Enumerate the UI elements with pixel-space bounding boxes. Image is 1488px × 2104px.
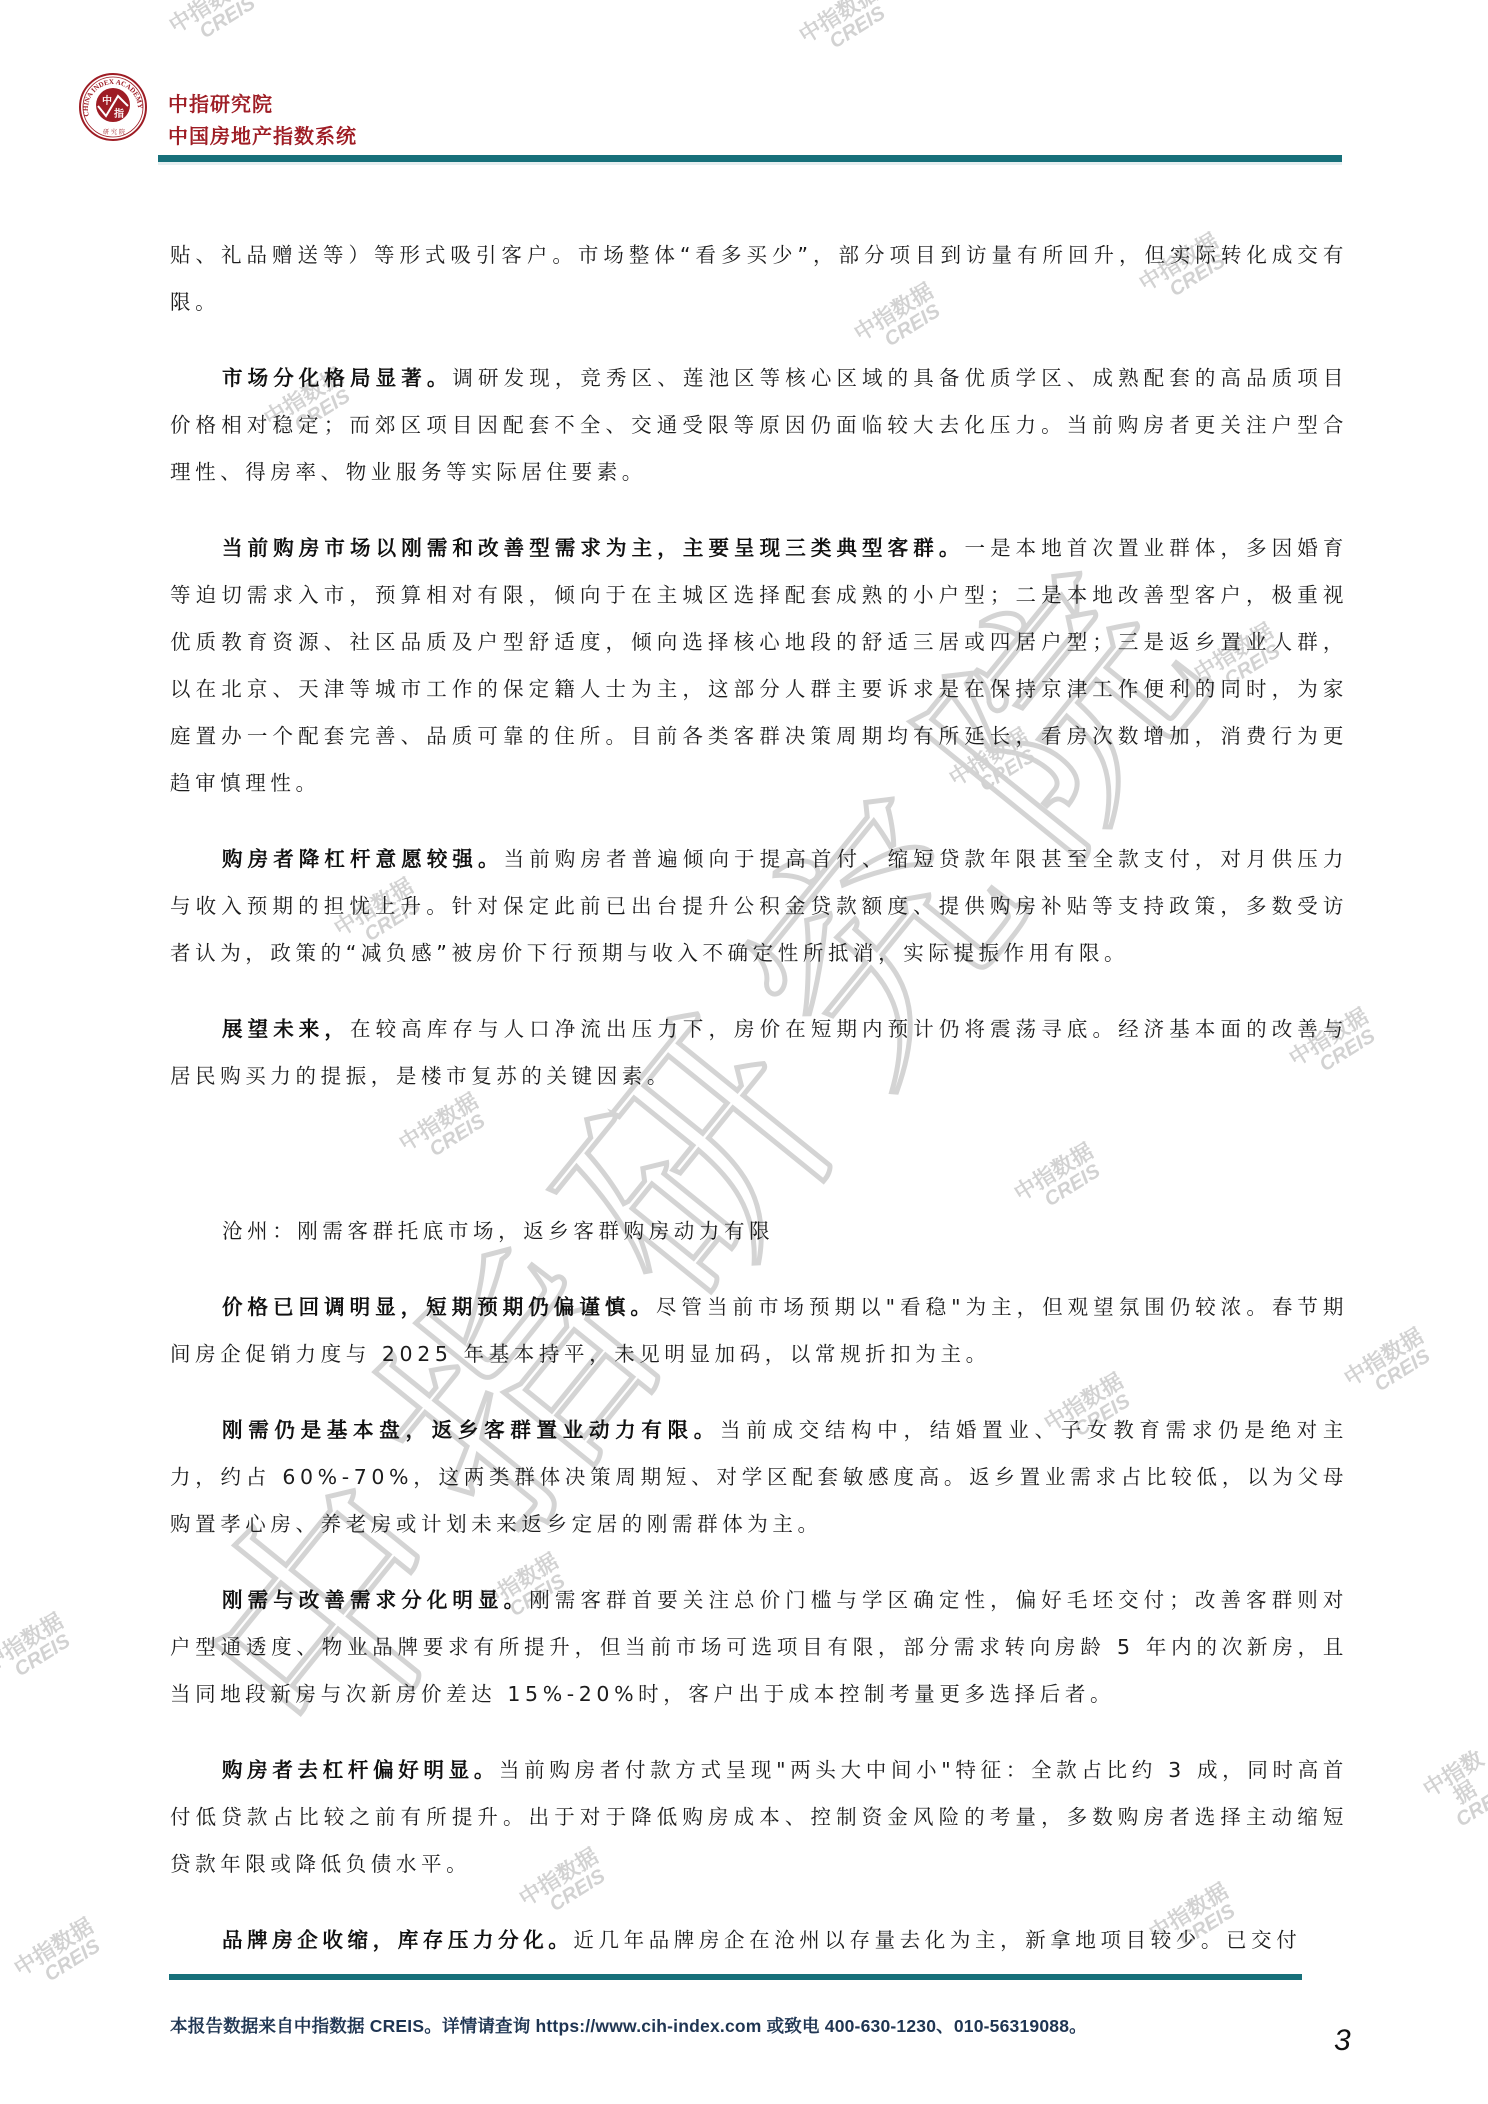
paragraph: 价格已回调明显，短期预期仍偏谨慎。尽管当前市场预期以"看稳"为主，但观望氛围仍较… — [170, 1284, 1348, 1378]
paragraph: 当前购房市场以刚需和改善型需求为主，主要呈现三类典型客群。一是本地首次置业群体，… — [170, 525, 1348, 807]
paragraph-lead: 购房者去杠杆偏好明显。 — [222, 1758, 499, 1782]
china-index-academy-logo: CHINA INDEX ACADEMY 中 指 研究院 — [78, 72, 148, 142]
footer-source-note: 本报告数据来自中指数据 CREIS。详情请查询 https://www.cih-… — [170, 2013, 1087, 2038]
watermark-small: 中指数据CREIS — [1414, 1744, 1488, 1840]
paragraph-lead: 刚需与改善需求分化明显。 — [222, 1588, 529, 1612]
paragraph: 品牌房企收缩，库存压力分化。近几年品牌房企在沧州以存量去化为主，新拿地项目较少。… — [170, 1917, 1348, 1964]
paragraph-lead: 价格已回调明显，短期预期仍偏谨慎。 — [222, 1295, 656, 1319]
brand-name: 中指研究院 — [168, 88, 357, 120]
svg-text:研究院: 研究院 — [103, 128, 127, 136]
page-number: 3 — [1334, 2024, 1351, 2058]
watermark-small: 中指数据CREIS — [11, 1915, 108, 1997]
paragraph: 购房者去杠杆偏好明显。当前购房者付款方式呈现"两头大中间小"特征：全款占比约 3… — [170, 1747, 1348, 1888]
paragraph-lead: 刚需仍是基本盘，返乡客群置业动力有限。 — [222, 1418, 720, 1442]
brand-title: 中指研究院 中国房地产指数系统 — [168, 88, 357, 152]
watermark-small: 中指数据CREIS — [1341, 1325, 1438, 1407]
paragraph: 刚需与改善需求分化明显。刚需客群首要关注总价门槛与学区确定性，偏好毛坯交付；改善… — [170, 1577, 1348, 1718]
paragraph-lead: 当前购房市场以刚需和改善型需求为主，主要呈现三类典型客群。 — [222, 536, 964, 560]
paragraph: 贴、礼品赠送等）等形式吸引客户。市场整体“看多买少”，部分项目到访量有所回升，但… — [170, 232, 1348, 326]
svg-text:指: 指 — [114, 107, 124, 120]
watermark-small: 中指数据CREIS — [0, 1610, 77, 1692]
paragraph: 购房者降杠杆意愿较强。当前购房者普遍倾向于提高首付、缩短贷款年限甚至全款支付，对… — [170, 836, 1348, 977]
paragraph-lead: 品牌房企收缩，库存压力分化。 — [222, 1928, 573, 1952]
svg-text:中: 中 — [102, 94, 112, 107]
section-heading: 沧州：刚需客群托底市场，返乡客群购房动力有限 — [170, 1208, 1348, 1255]
footer-rule — [169, 1974, 1302, 1980]
paragraph: 展望未来，在较高库存与人口净流出压力下，房价在短期内预计仍将震荡寻底。经济基本面… — [170, 1006, 1348, 1100]
brand-subtitle: 中国房地产指数系统 — [168, 120, 357, 152]
watermark-small: 中指数据CREIS — [796, 0, 893, 64]
paragraph: 市场分化格局显著。调研发现，竞秀区、莲池区等核心区域的具备优质学区、成熟配套的高… — [170, 355, 1348, 496]
header-rule — [158, 155, 1342, 162]
watermark-small: 中指数据CREIS — [166, 0, 263, 54]
paragraph-lead: 市场分化格局显著。 — [222, 366, 452, 390]
paragraph-lead: 购房者降杠杆意愿较强。 — [222, 847, 504, 871]
document-body: 贴、礼品赠送等）等形式吸引客户。市场整体“看多买少”，部分项目到访量有所回升，但… — [170, 232, 1348, 1993]
paragraph-lead: 展望未来， — [222, 1017, 350, 1041]
paragraph: 刚需仍是基本盘，返乡客群置业动力有限。当前成交结构中，结婚置业、子女教育需求仍是… — [170, 1407, 1348, 1548]
